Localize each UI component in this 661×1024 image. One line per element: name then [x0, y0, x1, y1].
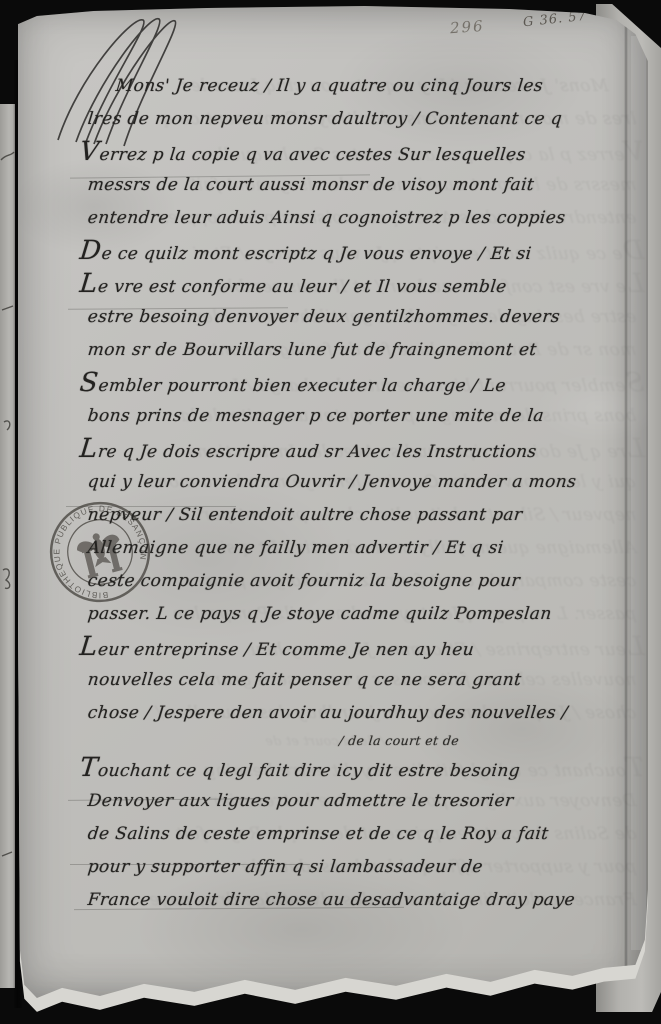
manuscript-scan: 296 G 36. 57 BIBLIOTHEQUE PUBLIQUE DE BE… — [0, 0, 661, 1024]
manuscript-page: 296 G 36. 57 BIBLIOTHEQUE PUBLIQUE DE BE… — [18, 6, 648, 1010]
manuscript-line: estre besoing denvoyer deux gentilzhomme… — [86, 301, 641, 334]
manuscript-line: entendre leur aduis Ainsi q cognoistrez … — [86, 202, 641, 235]
manuscript-line: pour y supporter affin q si lambassadeur… — [86, 851, 641, 884]
manuscript-line: Denvoyer aux ligues pour admettre le tre… — [86, 785, 641, 818]
manuscript-line: Sembler pourront bien executer la charge… — [78, 367, 641, 400]
manuscript-text-block: Mons' Je receuz / Il y a quatre ou cinq … — [86, 70, 638, 917]
shelfmark: G 36. 57 — [522, 9, 587, 31]
manuscript-line: Mons' Je receuz / Il y a quatre ou cinq … — [86, 70, 641, 103]
manuscript-line: Lre q Je dois escripre aud sr Avec les I… — [78, 433, 641, 466]
manuscript-line: mon sr de Bourvillars lune fut de fraing… — [86, 334, 641, 367]
manuscript-line: lres de mon nepveu monsr daultroy / Cont… — [86, 103, 641, 136]
manuscript-line: Touchant ce q legl fait dire icy dit est… — [78, 752, 641, 785]
manuscript-line: de Salins de ceste emprinse et de ce q l… — [86, 818, 641, 851]
manuscript-line: De ce quilz mont escriptz q Je vous envo… — [78, 235, 641, 268]
manuscript-line: Verrez p la copie q va avec cestes Sur l… — [78, 136, 641, 169]
manuscript-line: nepveur / Sil entendoit aultre chose pas… — [86, 499, 641, 532]
manuscript-line: France vouloit dire chose au desadvantai… — [86, 884, 641, 917]
manuscript-line: messrs de la court aussi monsr de visoy … — [86, 169, 641, 202]
manuscript-line: ceste compaignie avoit fourniz la besoig… — [86, 565, 641, 598]
manuscript-line: Le vre est conforme au leur / et Il vous… — [78, 268, 641, 301]
page-crease — [624, 6, 628, 1010]
manuscript-line: bons prins de mesnager p ce porter une m… — [86, 400, 641, 433]
manuscript-line: Leur entreprinse / Et comme Je nen ay he… — [78, 631, 641, 664]
manuscript-line: qui y leur conviendra Ouvrir / Jenvoye m… — [86, 466, 641, 499]
folio-number: 296 — [449, 17, 485, 37]
page-edge-highlight — [631, 36, 646, 950]
manuscript-line: passer. L ce pays q Je stoye cadme quilz… — [86, 598, 641, 631]
manuscript-line: nouvelles cela me fait penser q ce ne se… — [86, 664, 641, 697]
manuscript-line: Allemaigne que ne failly men advertir / … — [86, 532, 641, 565]
manuscript-line: chose / Jespere den avoir au jourdhuy de… — [86, 697, 641, 730]
interlinear-insertion: / de la court et de — [86, 730, 640, 752]
